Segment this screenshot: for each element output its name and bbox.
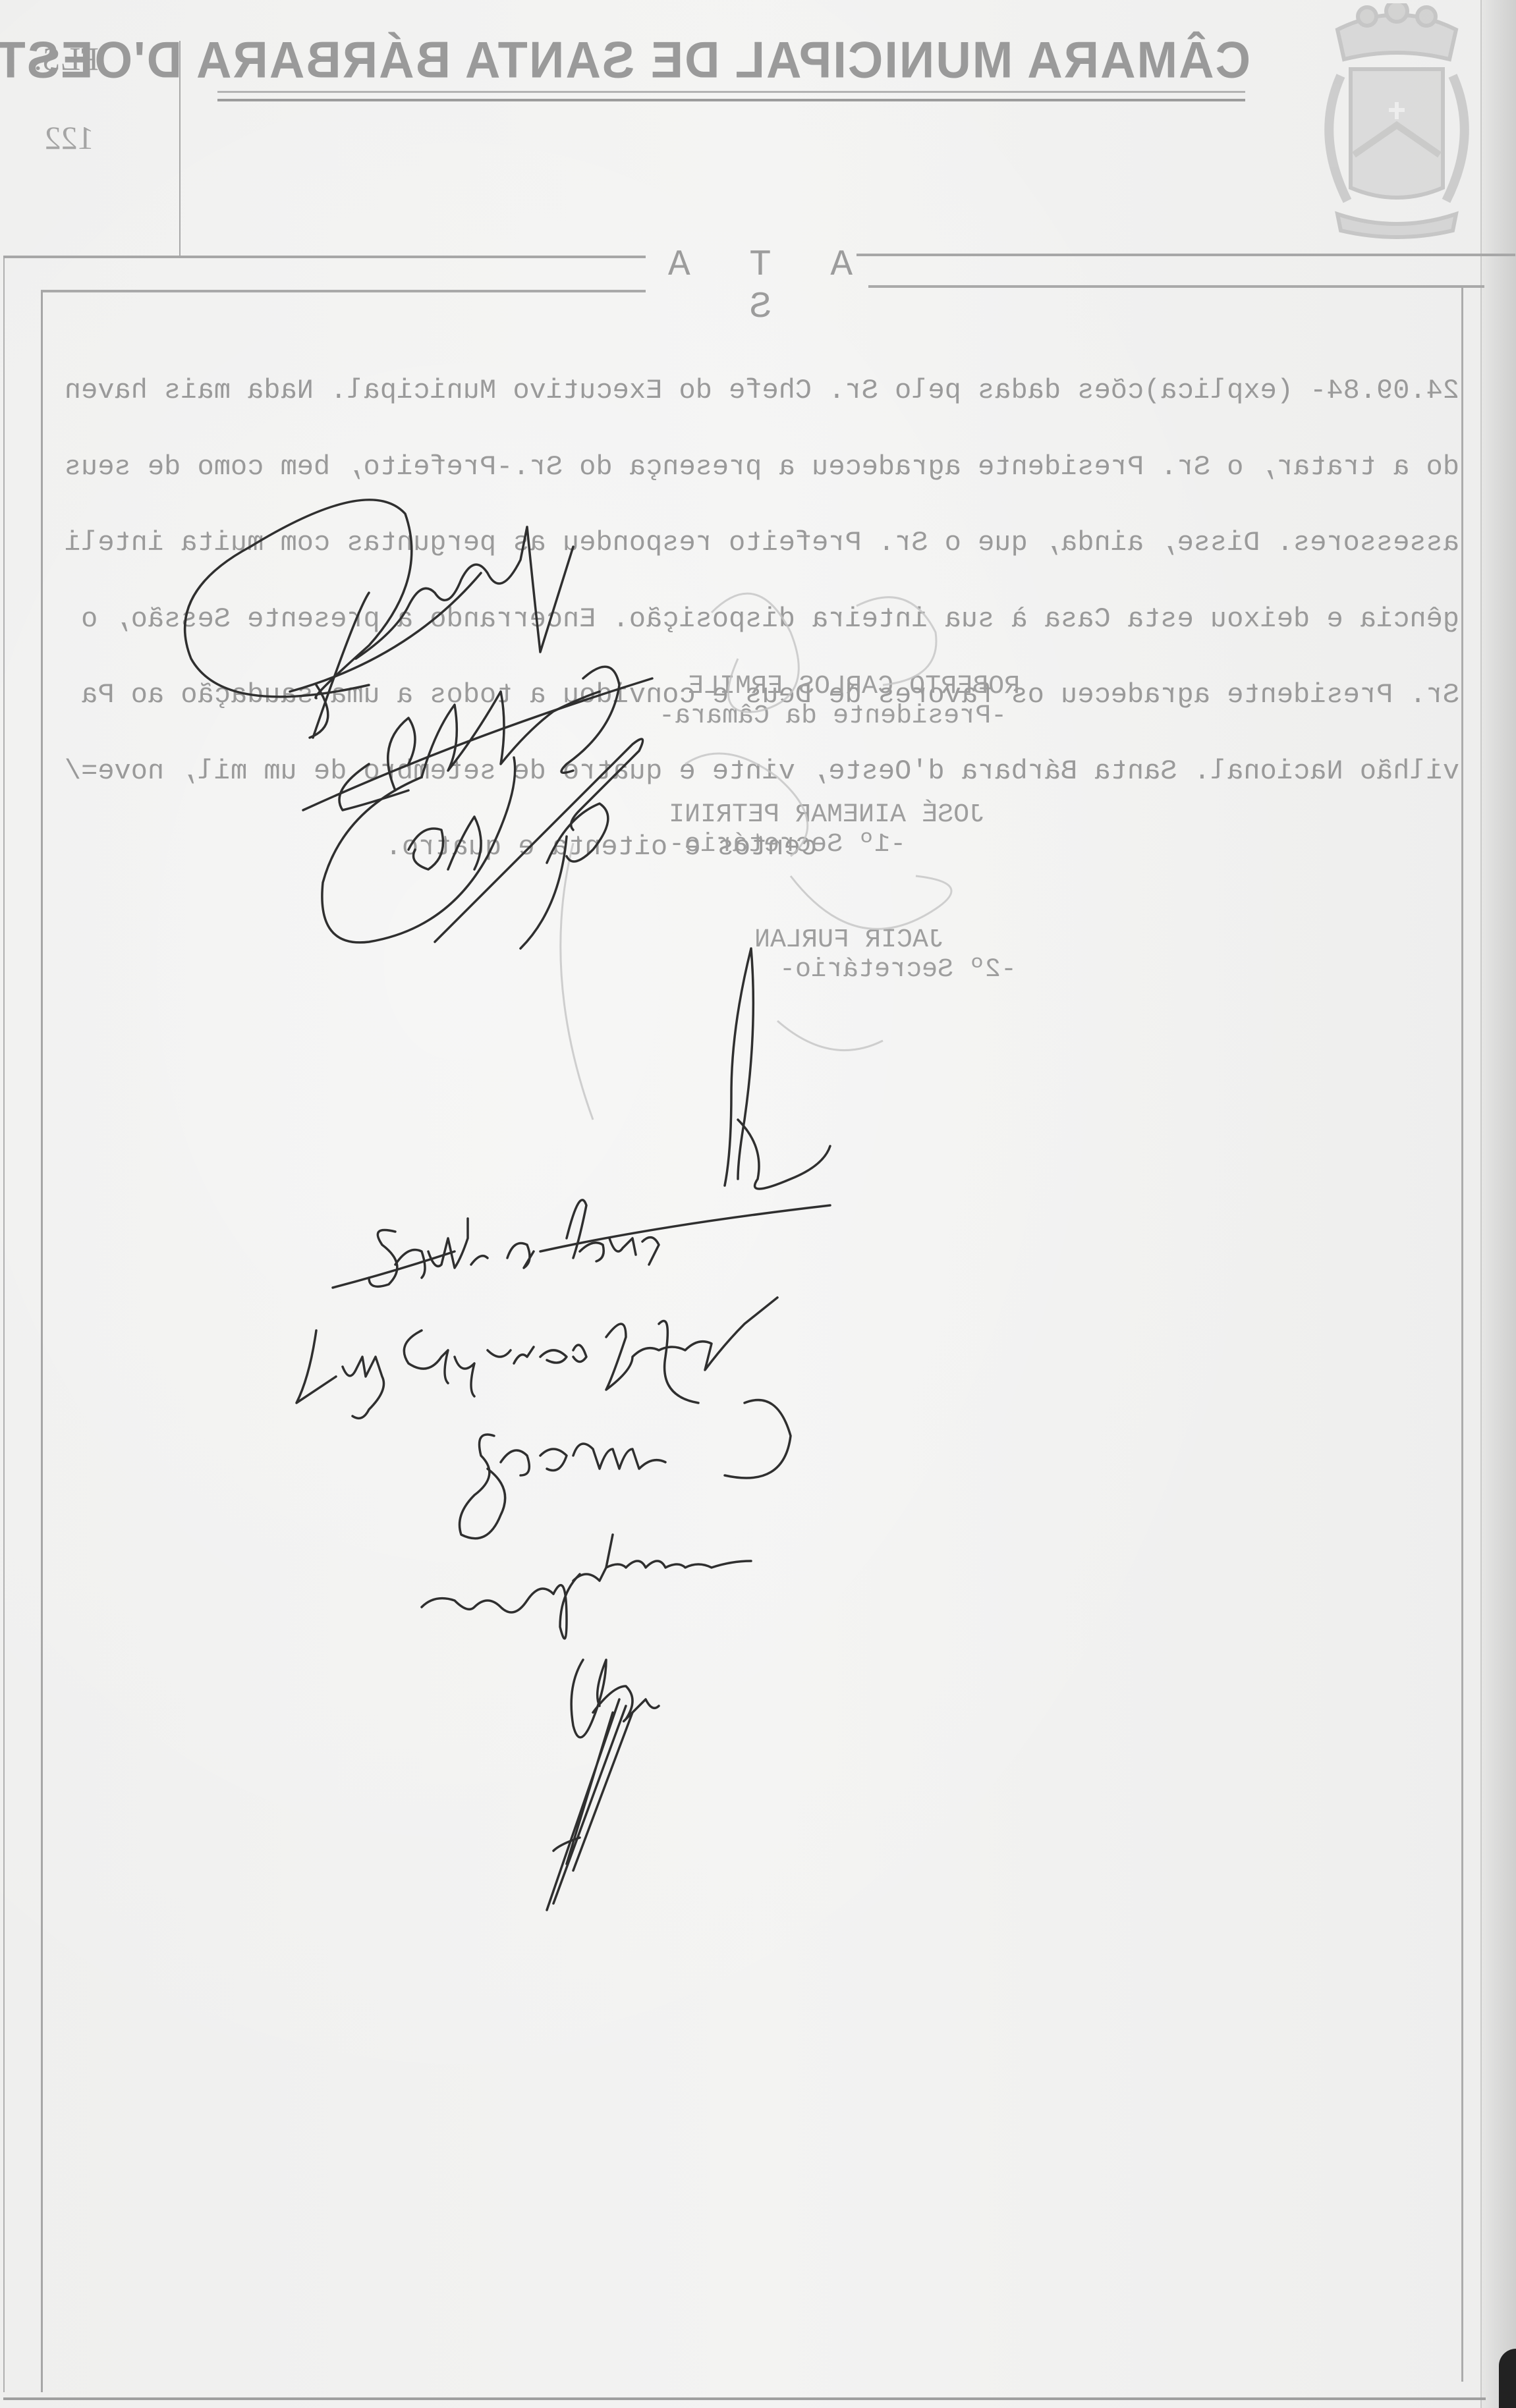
coat-of-arms-icon [1301,3,1492,240]
frame-border [3,258,5,2392]
signatory-president: ROBERTO CARLOS ERMILE -Presidente da Câm… [659,672,1020,731]
signatory-role: -2º Secretário- [754,955,1017,985]
signatory-second-secretary: JACIR FURLAN -2º Secretário- [754,925,1017,985]
minutes-line: 24.09.84- (explica)cões dadas pelo Sr. C… [372,378,1459,404]
minutes-line: vilhão Nacional. Santa Bárbara d'Oeste, … [372,759,1459,784]
signatory-name: ROBERTO CARLOS ERMILE [659,672,1020,701]
header-rule [217,91,1245,93]
folio-number: 122 [40,119,99,157]
minutes-line: gência e deixou esta Casa à sua inteira … [372,607,1459,632]
signatory-role: -Presidente da Câmara- [659,701,1020,731]
binding-corner [1499,2349,1516,2408]
header-rule [217,99,1245,101]
minutes-line: assessores. Disse, ainda, que o Sr. Pref… [372,530,1459,556]
section-label: A T A S [649,244,853,328]
binding-edge [1480,0,1516,2408]
frame-border [3,2397,1486,2400]
signatory-name: JACIR FURLAN [754,925,1017,955]
section-rule [41,290,646,292]
signatory-name: JOSÉ AINEMAR PETRINI [669,800,985,830]
section-rule [856,254,1515,256]
frame-border [1461,287,1463,2382]
minutes-line: do a tratar, o Sr. Presidente agradeceu … [372,454,1459,480]
section-rule [868,285,1484,288]
section-rule [3,256,646,258]
signatory-first-secretary: JOSÉ AINEMAR PETRINI -1º Secretário- [669,800,985,860]
institution-title: CÂMARA MUNICIPAL DE SANTA BÁRBARA D'OEST… [210,30,1250,86]
frame-border [41,291,43,2392]
signatory-role: -1º Secretário- [669,830,985,860]
